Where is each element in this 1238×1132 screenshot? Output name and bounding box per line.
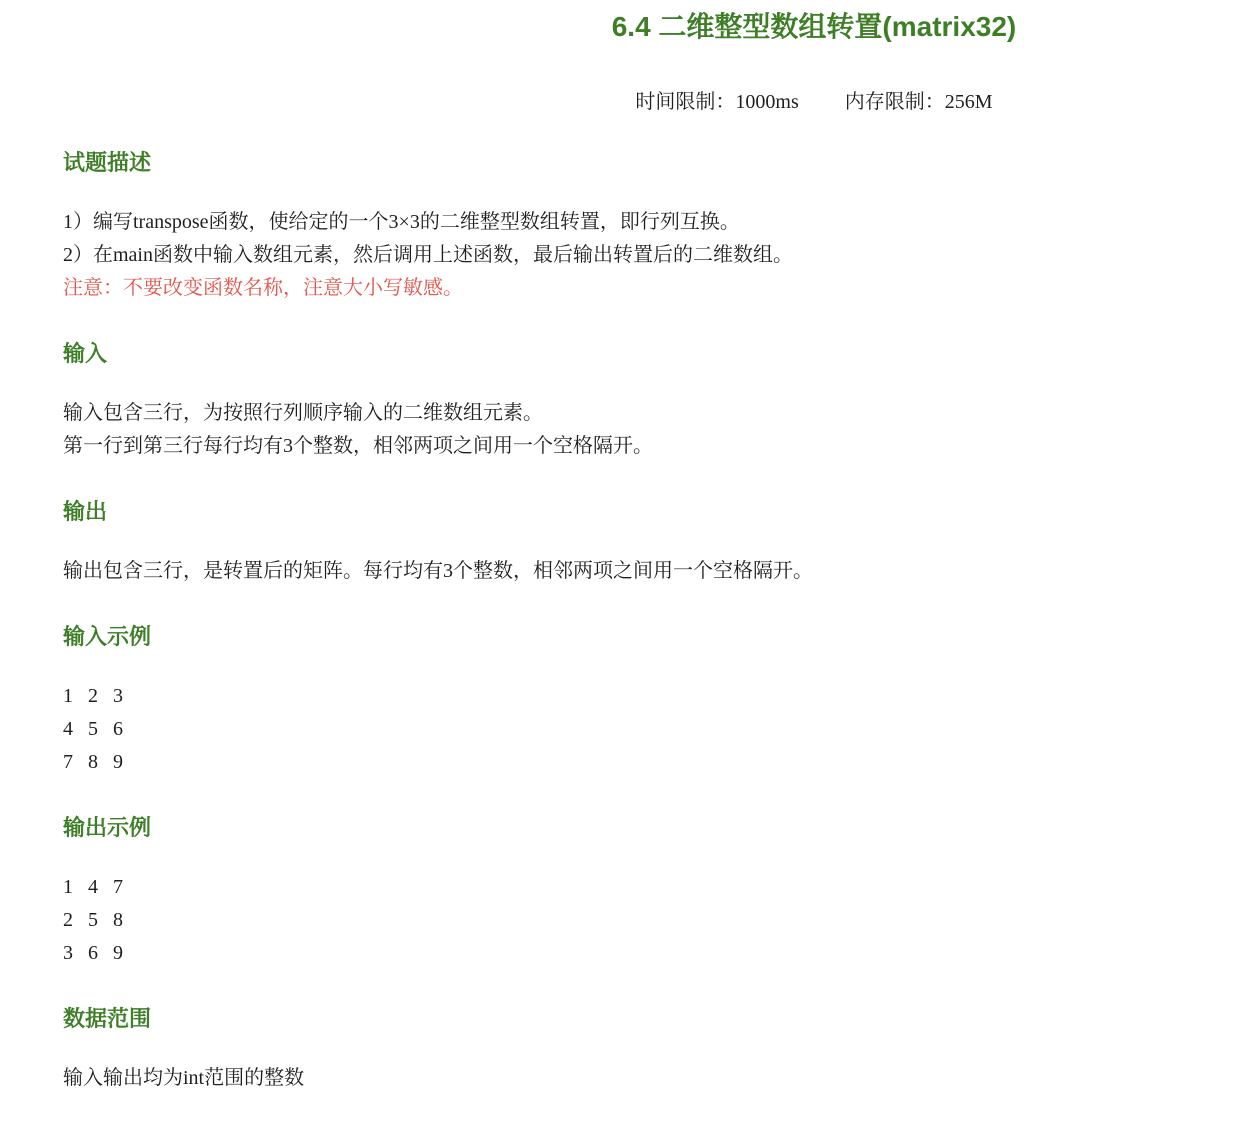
input-text: 输入包含三行，为按照行列顺序输入的二维数组元素。 第一行到第三行每行均有3个整数… (63, 397, 1238, 463)
sample-input-block: 1 2 3 4 5 6 7 8 9 (63, 680, 1238, 779)
section-sample-output: 输出示例 1 4 7 2 5 8 3 6 9 (63, 815, 1238, 970)
memory-limit-value: 256M (945, 91, 993, 113)
section-heading-sample-input: 输入示例 (63, 624, 1238, 650)
data-range-line: 输入输出均为int范围的整数 (63, 1062, 1238, 1095)
description-line: 2）在main函数中输入数组元素，然后调用上述函数，最后输出转置后的二维数组。 (63, 239, 1238, 272)
sample-output-line: 1 4 7 (63, 871, 1238, 904)
section-heading-data-range: 数据范围 (63, 1006, 1238, 1032)
section-heading-description: 试题描述 (63, 150, 1238, 176)
description-line: 1）编写transpose函数，使给定的一个3×3的二维整型数组转置，即行列互换… (63, 206, 1238, 239)
section-heading-input: 输入 (63, 341, 1238, 367)
sample-input-line: 7 8 9 (63, 746, 1238, 779)
section-input: 输入 输入包含三行，为按照行列顺序输入的二维数组元素。 第一行到第三行每行均有3… (63, 341, 1238, 463)
description-note: 注意：不要改变函数名称，注意大小写敏感。 (63, 272, 1238, 305)
time-limit-label: 时间限制： (635, 91, 735, 113)
data-range-text: 输入输出均为int范围的整数 (63, 1062, 1238, 1095)
section-sample-input: 输入示例 1 2 3 4 5 6 7 8 9 (63, 624, 1238, 779)
section-heading-output: 输出 (63, 499, 1238, 525)
input-line: 输入包含三行，为按照行列顺序输入的二维数组元素。 (63, 397, 1238, 430)
page-title: 6.4 二维整型数组转置(matrix32) (390, 10, 1238, 44)
sample-output-block: 1 4 7 2 5 8 3 6 9 (63, 871, 1238, 970)
time-limit-value: 1000ms (735, 91, 798, 113)
sample-input-line: 1 2 3 (63, 680, 1238, 713)
output-text: 输出包含三行，是转置后的矩阵。每行均有3个整数，相邻两项之间用一个空格隔开。 (63, 555, 1238, 588)
input-line: 第一行到第三行每行均有3个整数，相邻两项之间用一个空格隔开。 (63, 430, 1238, 463)
section-output: 输出 输出包含三行，是转置后的矩阵。每行均有3个整数，相邻两项之间用一个空格隔开… (63, 499, 1238, 588)
memory-limit-label: 内存限制： (845, 91, 945, 113)
sample-output-line: 2 5 8 (63, 904, 1238, 937)
sample-input-line: 4 5 6 (63, 713, 1238, 746)
section-description: 试题描述 1）编写transpose函数，使给定的一个3×3的二维整型数组转置，… (63, 150, 1238, 305)
description-text: 1）编写transpose函数，使给定的一个3×3的二维整型数组转置，即行列互换… (63, 206, 1238, 305)
section-heading-sample-output: 输出示例 (63, 815, 1238, 841)
section-data-range: 数据范围 输入输出均为int范围的整数 (63, 1006, 1238, 1095)
problem-document: 6.4 二维整型数组转置(matrix32) 时间限制：1000ms内存限制：2… (0, 10, 1238, 1095)
limits-row: 时间限制：1000ms内存限制：256M (390, 90, 1238, 114)
output-line: 输出包含三行，是转置后的矩阵。每行均有3个整数，相邻两项之间用一个空格隔开。 (63, 555, 1238, 588)
sample-output-line: 3 6 9 (63, 937, 1238, 970)
